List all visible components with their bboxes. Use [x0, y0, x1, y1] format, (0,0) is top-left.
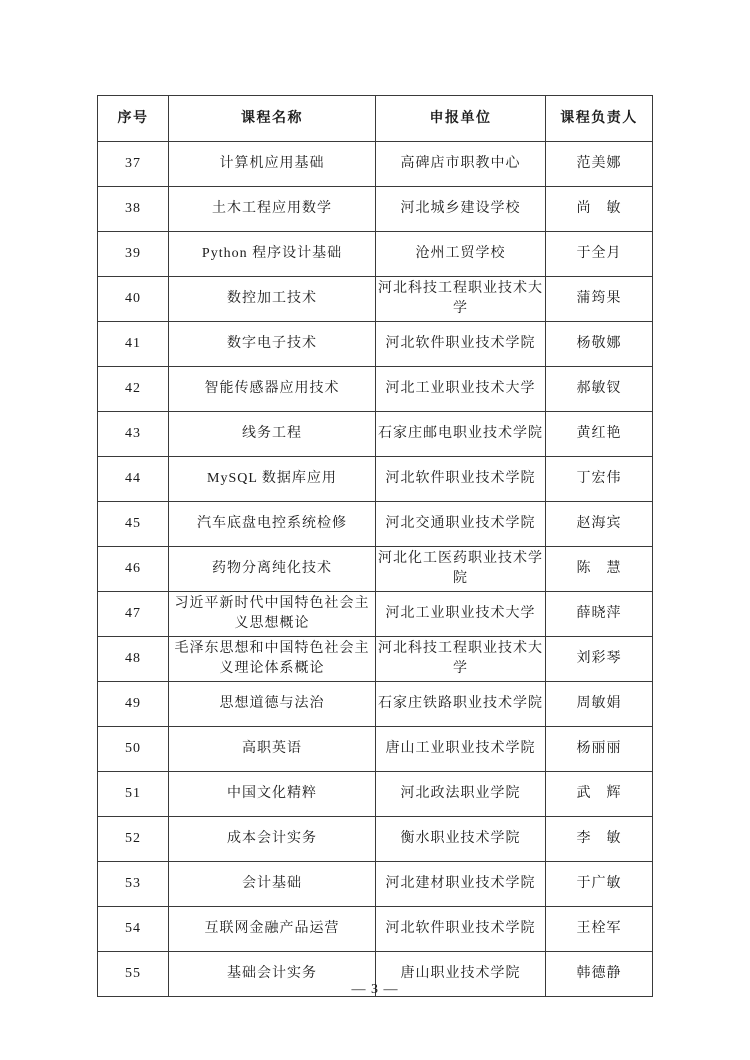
cell-unit: 衡水职业技术学院 — [376, 817, 546, 862]
cell-leader: 黄红艳 — [546, 412, 653, 457]
cell-course: MySQL 数据库应用 — [169, 457, 376, 502]
cell-course: 土木工程应用数学 — [169, 187, 376, 232]
cell-unit: 高碑店市职教中心 — [376, 142, 546, 187]
cell-leader: 郝敏钗 — [546, 367, 653, 412]
cell-course: 会计基础 — [169, 862, 376, 907]
cell-no: 46 — [98, 547, 169, 592]
cell-no: 51 — [98, 772, 169, 817]
cell-unit: 河北科技工程职业技术大学 — [376, 637, 546, 682]
table-body: 37 计算机应用基础 高碑店市职教中心 范美娜 38 土木工程应用数学 河北城乡… — [98, 142, 653, 997]
cell-no: 40 — [98, 277, 169, 322]
header-cell-unit: 申报单位 — [376, 96, 546, 142]
cell-leader: 蒲筠果 — [546, 277, 653, 322]
cell-leader: 周敏娟 — [546, 682, 653, 727]
cell-no: 48 — [98, 637, 169, 682]
table-row: 41 数字电子技术 河北软件职业技术学院 杨敬娜 — [98, 322, 653, 367]
page-number: — 3 — — [0, 982, 750, 998]
header-cell-course: 课程名称 — [169, 96, 376, 142]
course-table: 序号 课程名称 申报单位 课程负责人 37 计算机应用基础 高碑店市职教中心 范… — [97, 95, 653, 997]
cell-course: 成本会计实务 — [169, 817, 376, 862]
cell-course: 毛泽东思想和中国特色社会主义理论体系概论 — [169, 637, 376, 682]
cell-no: 42 — [98, 367, 169, 412]
cell-course: 数控加工技术 — [169, 277, 376, 322]
cell-no: 44 — [98, 457, 169, 502]
cell-leader: 李 敏 — [546, 817, 653, 862]
cell-unit: 河北软件职业技术学院 — [376, 322, 546, 367]
cell-course: 计算机应用基础 — [169, 142, 376, 187]
table-row: 39 Python 程序设计基础 沧州工贸学校 于全月 — [98, 232, 653, 277]
cell-unit: 石家庄铁路职业技术学院 — [376, 682, 546, 727]
cell-unit: 河北工业职业技术大学 — [376, 592, 546, 637]
table-row: 50 高职英语 唐山工业职业技术学院 杨丽丽 — [98, 727, 653, 772]
cell-course: 汽车底盘电控系统检修 — [169, 502, 376, 547]
cell-no: 38 — [98, 187, 169, 232]
cell-unit: 沧州工贸学校 — [376, 232, 546, 277]
cell-no: 52 — [98, 817, 169, 862]
cell-leader: 赵海宾 — [546, 502, 653, 547]
table-row: 53 会计基础 河北建材职业技术学院 于广敏 — [98, 862, 653, 907]
cell-unit: 河北工业职业技术大学 — [376, 367, 546, 412]
cell-course: 数字电子技术 — [169, 322, 376, 367]
table-row: 38 土木工程应用数学 河北城乡建设学校 尚 敏 — [98, 187, 653, 232]
cell-leader: 杨敬娜 — [546, 322, 653, 367]
cell-unit: 河北政法职业学院 — [376, 772, 546, 817]
cell-leader: 尚 敏 — [546, 187, 653, 232]
cell-no: 47 — [98, 592, 169, 637]
cell-no: 39 — [98, 232, 169, 277]
cell-unit: 河北化工医药职业技术学院 — [376, 547, 546, 592]
table-row: 48 毛泽东思想和中国特色社会主义理论体系概论 河北科技工程职业技术大学 刘彩琴 — [98, 637, 653, 682]
table-row: 52 成本会计实务 衡水职业技术学院 李 敏 — [98, 817, 653, 862]
table-row: 54 互联网金融产品运营 河北软件职业技术学院 王栓军 — [98, 907, 653, 952]
table-row: 37 计算机应用基础 高碑店市职教中心 范美娜 — [98, 142, 653, 187]
table-row: 44 MySQL 数据库应用 河北软件职业技术学院 丁宏伟 — [98, 457, 653, 502]
cell-course: 高职英语 — [169, 727, 376, 772]
table-row: 45 汽车底盘电控系统检修 河北交通职业技术学院 赵海宾 — [98, 502, 653, 547]
cell-leader: 王栓军 — [546, 907, 653, 952]
table-row: 47 习近平新时代中国特色社会主义思想概论 河北工业职业技术大学 薛晓萍 — [98, 592, 653, 637]
table-row: 43 线务工程 石家庄邮电职业技术学院 黄红艳 — [98, 412, 653, 457]
cell-unit: 石家庄邮电职业技术学院 — [376, 412, 546, 457]
cell-course: Python 程序设计基础 — [169, 232, 376, 277]
header-cell-leader: 课程负责人 — [546, 96, 653, 142]
table-header-row: 序号 课程名称 申报单位 课程负责人 — [98, 96, 653, 142]
table-row: 49 思想道德与法治 石家庄铁路职业技术学院 周敏娟 — [98, 682, 653, 727]
table-row: 40 数控加工技术 河北科技工程职业技术大学 蒲筠果 — [98, 277, 653, 322]
cell-unit: 河北软件职业技术学院 — [376, 907, 546, 952]
cell-leader: 杨丽丽 — [546, 727, 653, 772]
table-row: 51 中国文化精粹 河北政法职业学院 武 辉 — [98, 772, 653, 817]
cell-leader: 范美娜 — [546, 142, 653, 187]
cell-no: 41 — [98, 322, 169, 367]
cell-no: 50 — [98, 727, 169, 772]
cell-course: 药物分离纯化技术 — [169, 547, 376, 592]
cell-course: 习近平新时代中国特色社会主义思想概论 — [169, 592, 376, 637]
cell-course: 智能传感器应用技术 — [169, 367, 376, 412]
cell-unit: 河北城乡建设学校 — [376, 187, 546, 232]
cell-leader: 于全月 — [546, 232, 653, 277]
cell-course: 互联网金融产品运营 — [169, 907, 376, 952]
cell-leader: 薛晓萍 — [546, 592, 653, 637]
cell-no: 43 — [98, 412, 169, 457]
cell-leader: 武 辉 — [546, 772, 653, 817]
cell-unit: 河北软件职业技术学院 — [376, 457, 546, 502]
cell-unit: 河北交通职业技术学院 — [376, 502, 546, 547]
cell-no: 54 — [98, 907, 169, 952]
cell-unit: 唐山工业职业技术学院 — [376, 727, 546, 772]
cell-course: 中国文化精粹 — [169, 772, 376, 817]
cell-no: 37 — [98, 142, 169, 187]
table-row: 42 智能传感器应用技术 河北工业职业技术大学 郝敏钗 — [98, 367, 653, 412]
cell-leader: 于广敏 — [546, 862, 653, 907]
cell-no: 45 — [98, 502, 169, 547]
cell-unit: 河北建材职业技术学院 — [376, 862, 546, 907]
cell-leader: 陈 慧 — [546, 547, 653, 592]
cell-no: 53 — [98, 862, 169, 907]
cell-course: 线务工程 — [169, 412, 376, 457]
cell-no: 49 — [98, 682, 169, 727]
cell-leader: 刘彩琴 — [546, 637, 653, 682]
document-page: 序号 课程名称 申报单位 课程负责人 37 计算机应用基础 高碑店市职教中心 范… — [0, 0, 750, 1060]
cell-leader: 丁宏伟 — [546, 457, 653, 502]
table-row: 46 药物分离纯化技术 河北化工医药职业技术学院 陈 慧 — [98, 547, 653, 592]
cell-unit: 河北科技工程职业技术大学 — [376, 277, 546, 322]
cell-course: 思想道德与法治 — [169, 682, 376, 727]
header-cell-no: 序号 — [98, 96, 169, 142]
